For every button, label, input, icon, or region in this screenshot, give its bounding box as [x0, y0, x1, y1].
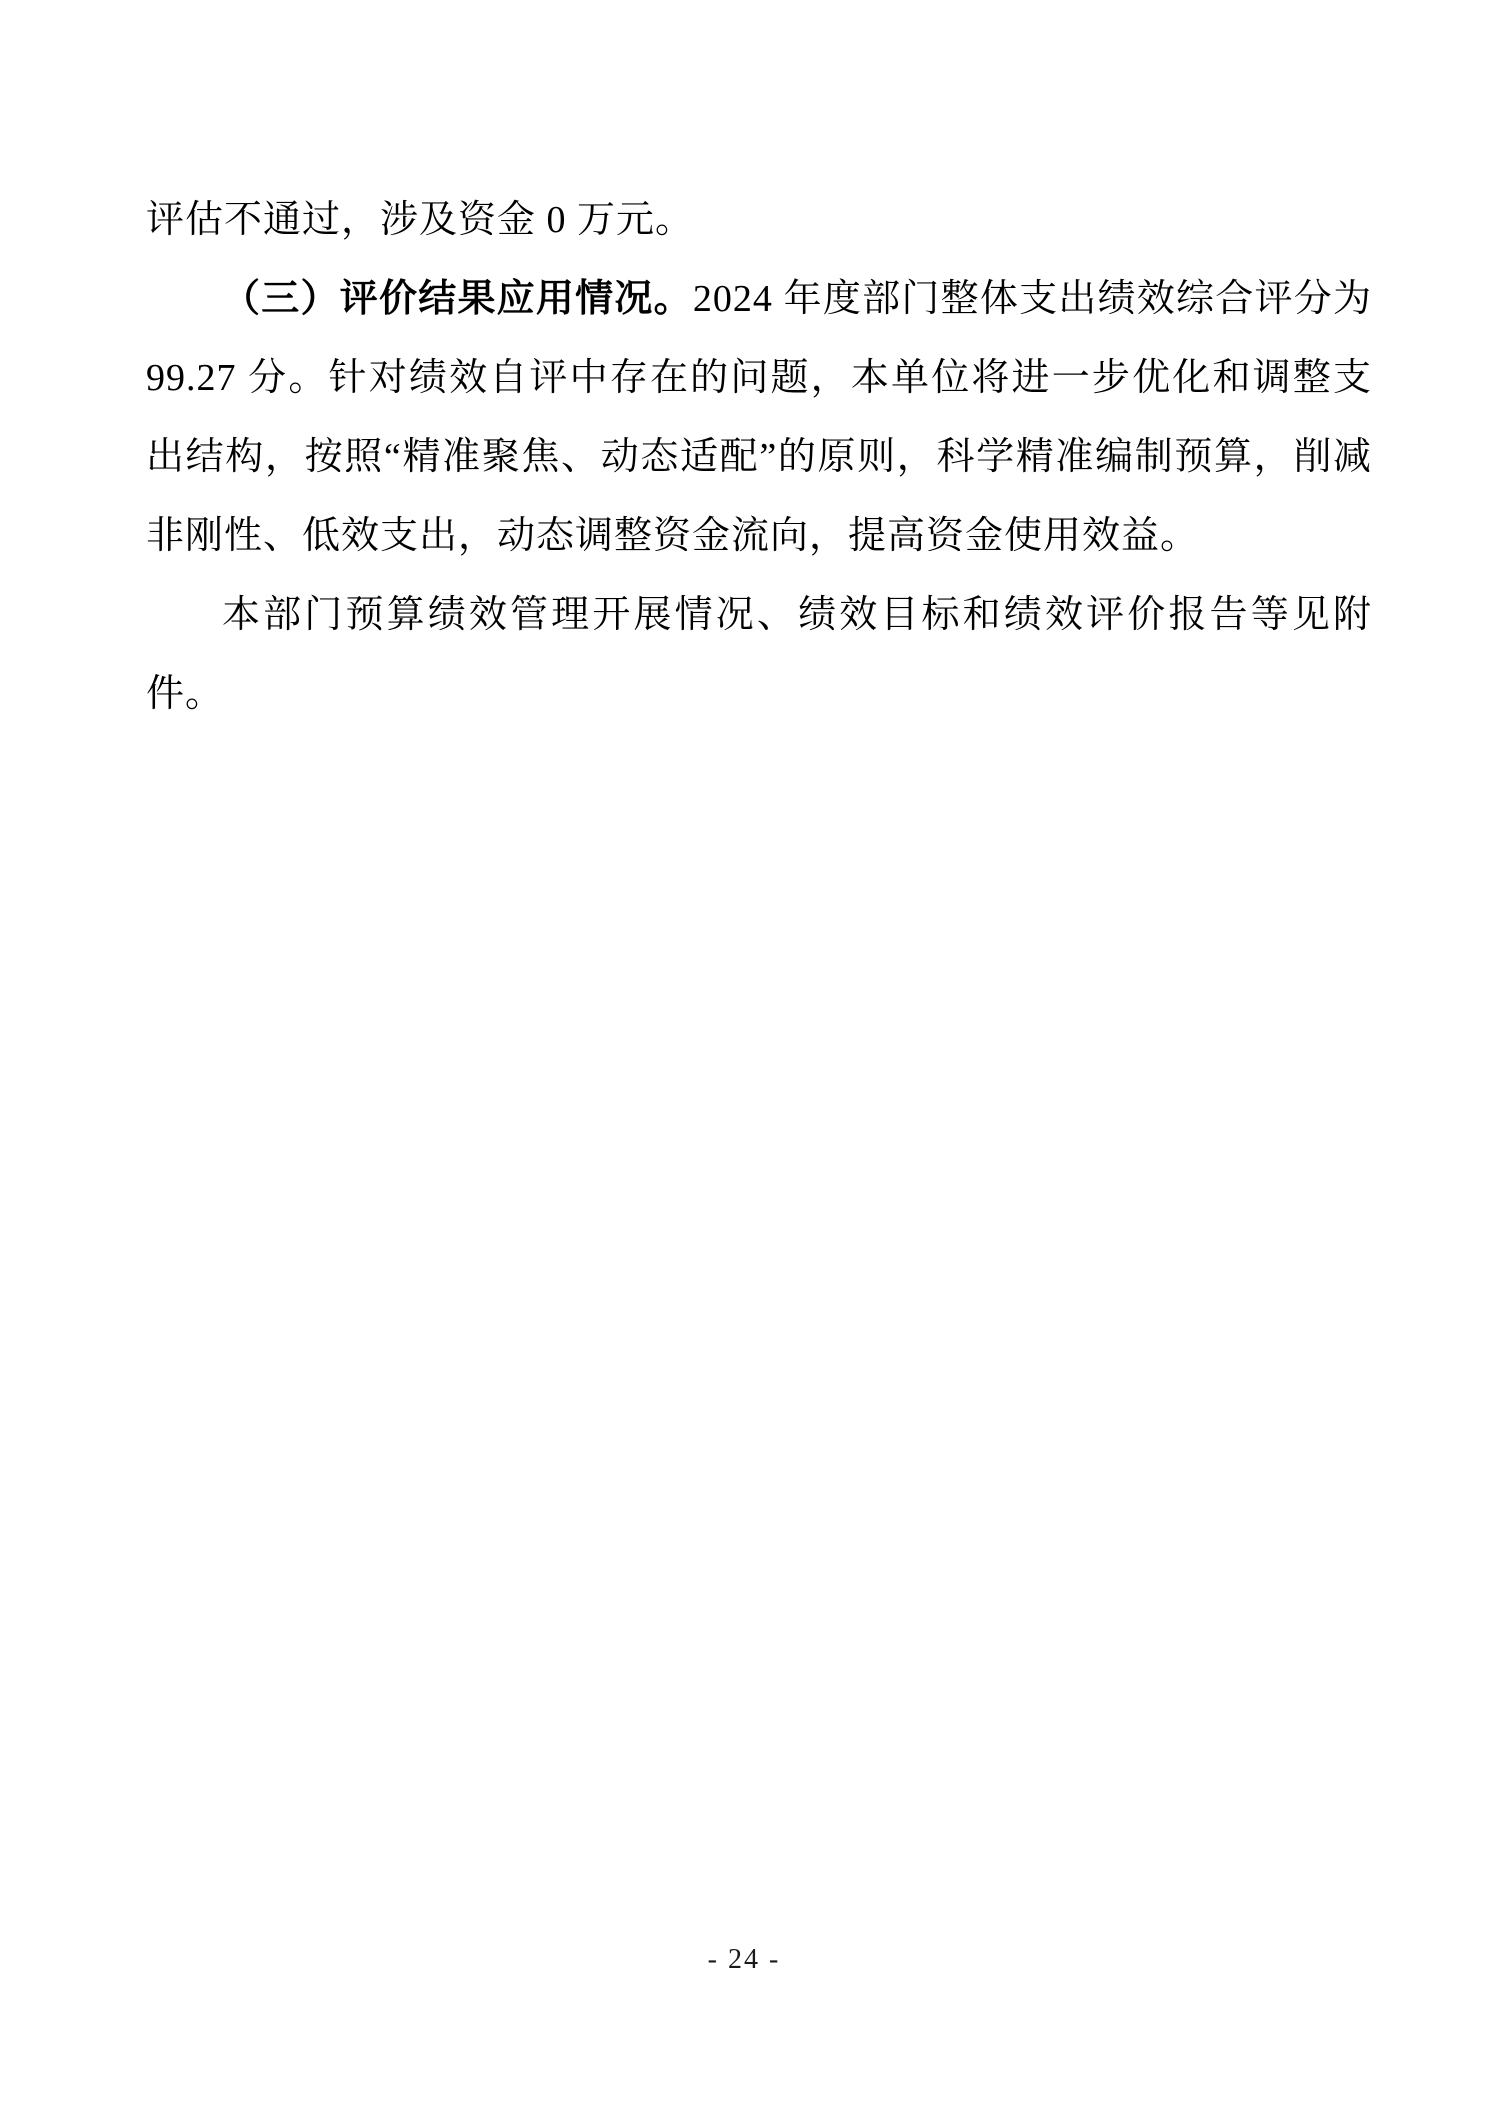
document-page: 评估不通过，涉及资金 0 万元。 （三）评价结果应用情况。2024 年度部门整体… — [0, 0, 1488, 2105]
document-body: 评估不通过，涉及资金 0 万元。 （三）评价结果应用情况。2024 年度部门整体… — [146, 181, 1372, 734]
paragraph-attachment-note: 本部门预算绩效管理开展情况、绩效目标和绩效评价报告等见附件。 — [146, 576, 1372, 734]
page-number: - 24 - — [0, 1944, 1488, 1976]
section-heading-inline: （三）评价结果应用情况。 — [222, 278, 693, 320]
paragraph-continuation-text: 评估不通过，涉及资金 0 万元。 — [146, 199, 694, 241]
paragraph-attachment-note-text: 本部门预算绩效管理开展情况、绩效目标和绩效评价报告等见附件。 — [146, 594, 1372, 715]
paragraph-evaluation-results: （三）评价结果应用情况。2024 年度部门整体支出绩效综合评分为 99.27 分… — [146, 260, 1372, 576]
paragraph-continuation: 评估不通过，涉及资金 0 万元。 — [146, 181, 1372, 260]
